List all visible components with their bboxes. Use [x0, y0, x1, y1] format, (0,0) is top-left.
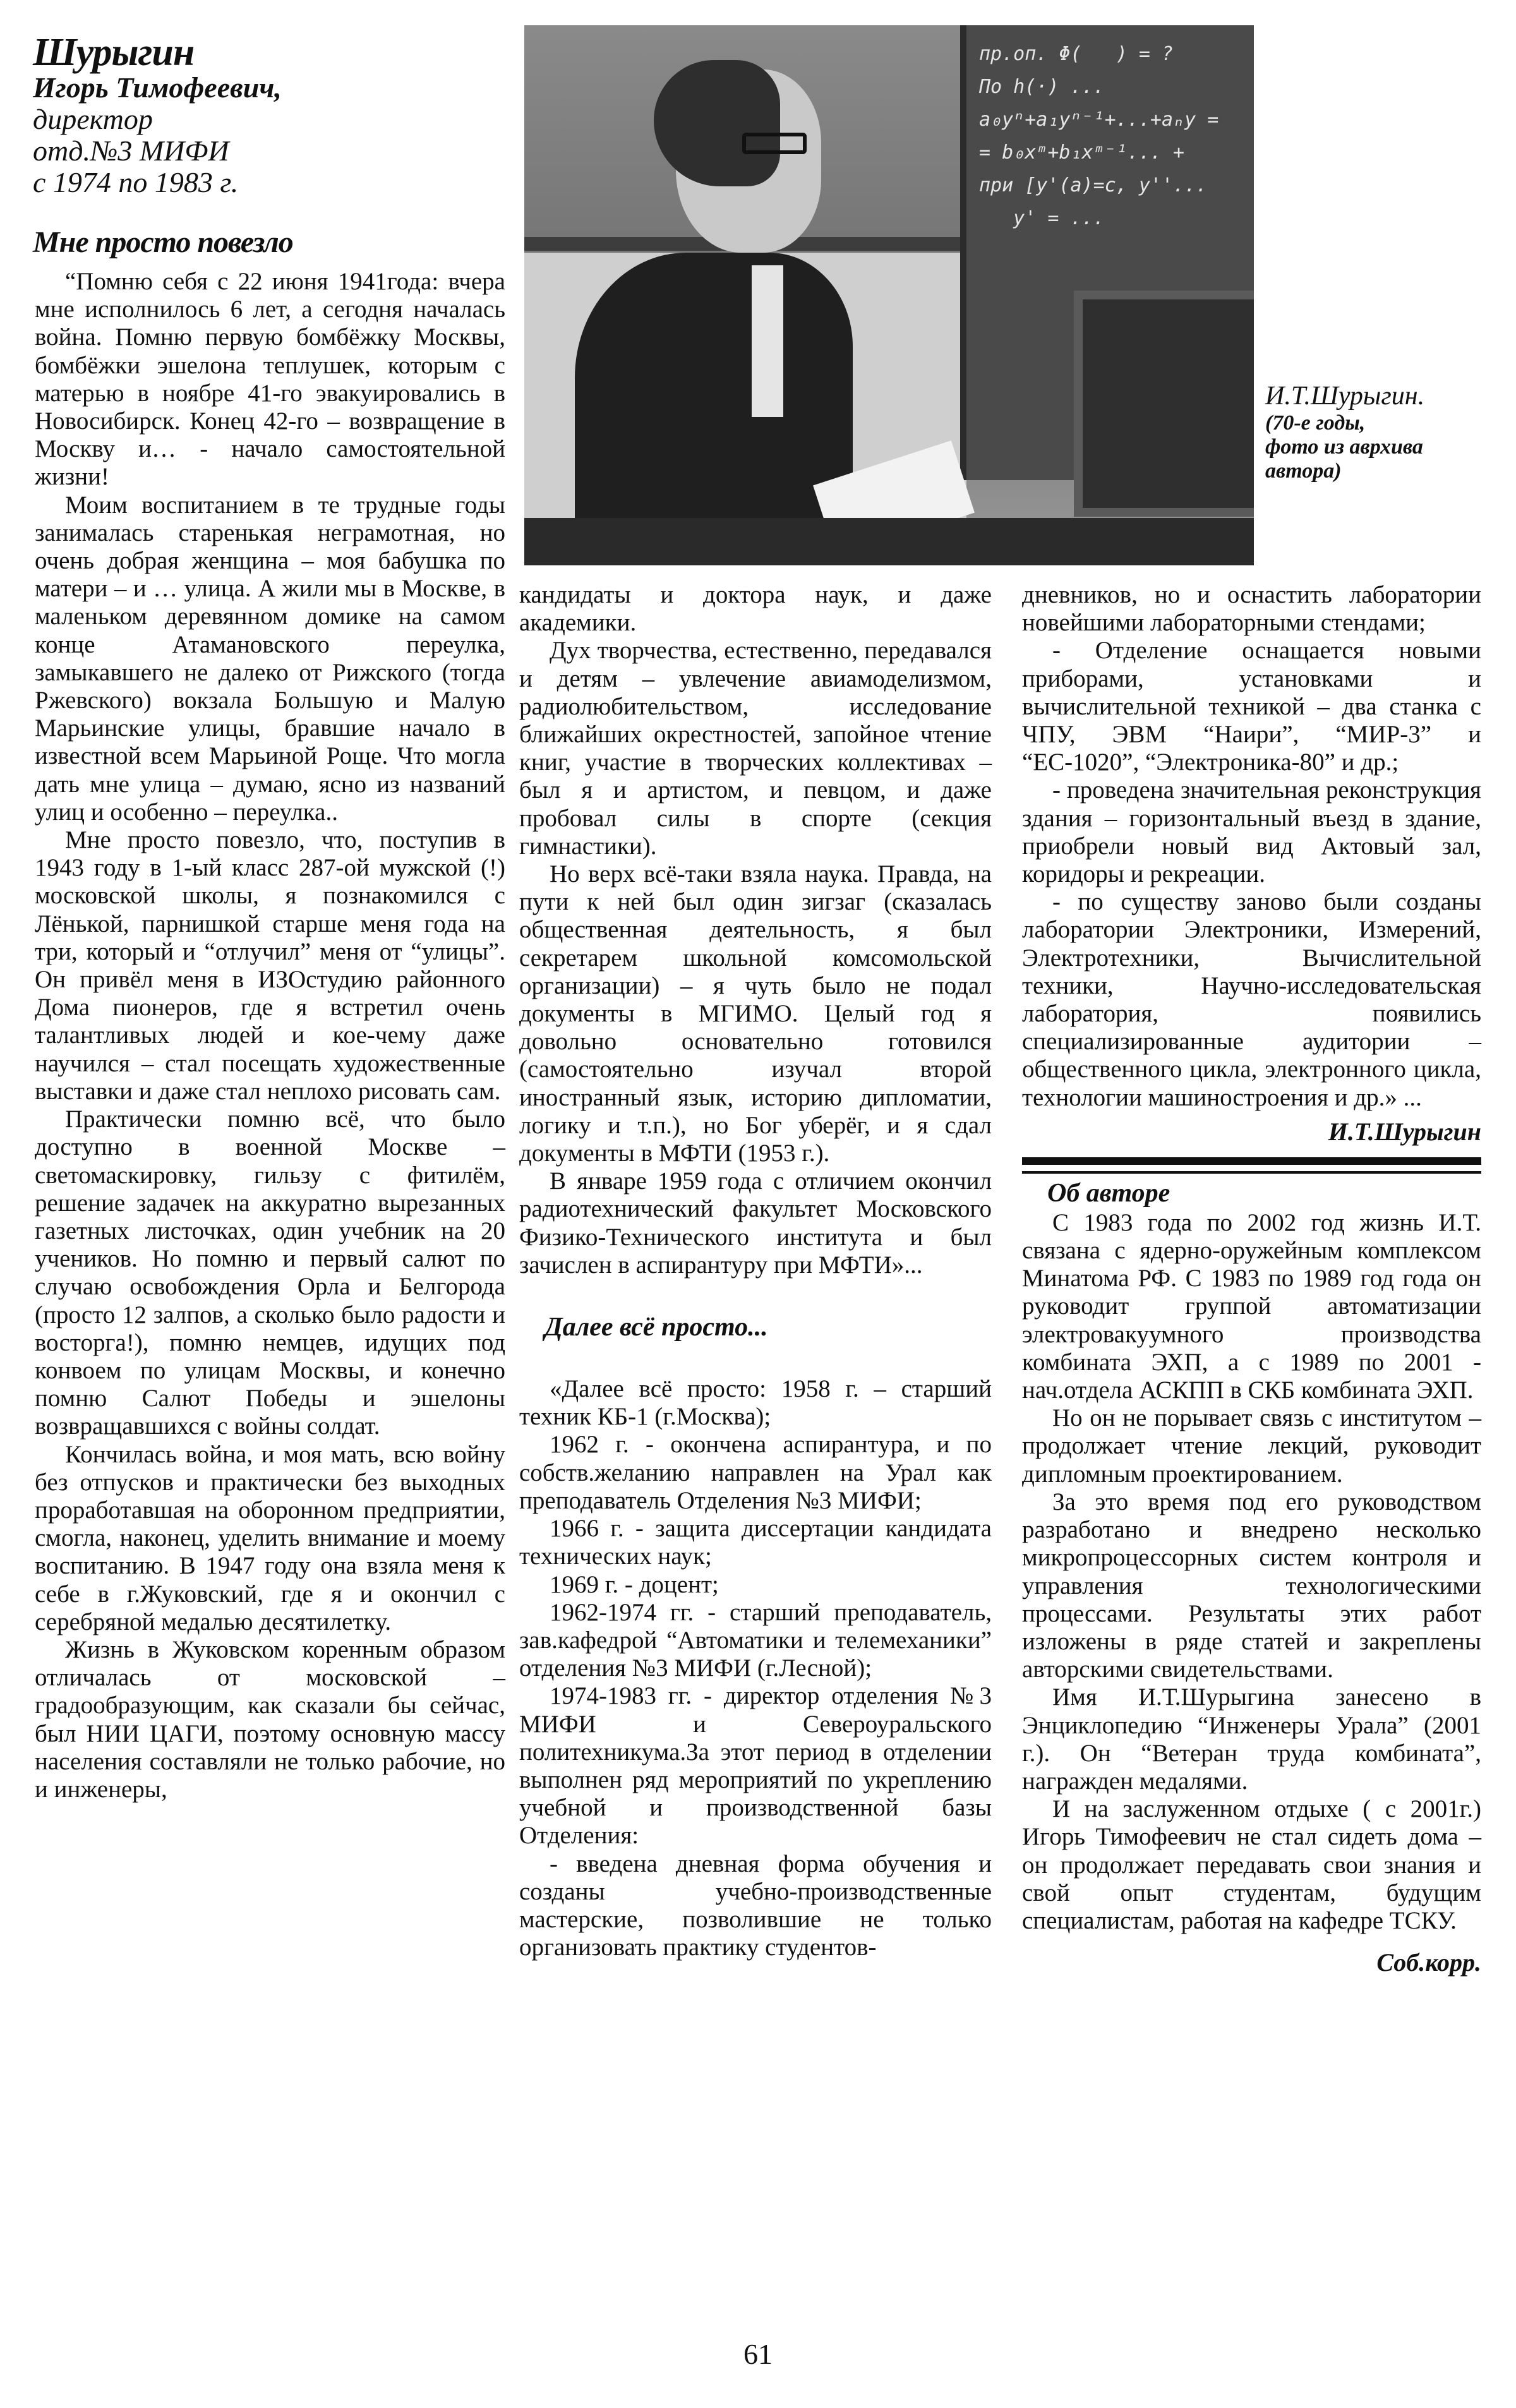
paragraph: кандидаты и доктора наук, и даже академи…	[519, 581, 992, 637]
timeline-item: 1974-1983 гг. - директор отделения №3 МИ…	[519, 1682, 992, 1850]
timeline-item: «Далее всё просто: 1958 г. – старший тех…	[519, 1375, 992, 1431]
portrait-photo: пр.оп. Φ( ) = ? По h(·) ... a₀yⁿ+a₁yⁿ⁻¹+…	[524, 25, 1254, 565]
article-column-1: “Помню себя с 22 июня 1941года: вчера мн…	[35, 268, 505, 1803]
person-given-names: Игорь Тимофеевич,	[33, 72, 513, 104]
about-paragraph: И на заслуженном отдыхе ( с 2001г.) Игор…	[1022, 1795, 1481, 1935]
timeline-item: 1962 г. - окончена аспирантура, и по соб…	[519, 1431, 992, 1515]
timeline-item: 1962-1974 гг. - старший преподаватель, з…	[519, 1599, 992, 1683]
article-header: Шурыгин Игорь Тимофеевич, директор отд.№…	[33, 33, 513, 260]
person-surname: Шурыгин	[33, 33, 513, 72]
subheading: Далее всё просто...	[544, 1312, 992, 1342]
about-paragraph: Но он не порывает связь с институтом – п…	[1022, 1404, 1481, 1488]
paragraph: Моим воспитанием в те трудные годы заним…	[35, 491, 505, 826]
about-paragraph: Имя И.Т.Шурыгина занесено в Энциклопедию…	[1022, 1683, 1481, 1795]
photo-monitor	[1074, 291, 1254, 517]
paragraph: Но верх всё-таки взяла наука. Правда, на…	[519, 860, 992, 1167]
about-paragraph: За это время под его руководством разраб…	[1022, 1488, 1481, 1683]
about-paragraph: С 1983 года по 2002 год жизнь И.Т. связа…	[1022, 1209, 1481, 1404]
photo-desk	[524, 518, 1254, 565]
photo-person-hair	[654, 60, 780, 186]
page-number: 61	[0, 2337, 1516, 2371]
paragraph: - проведена значительная реконструкция з…	[1022, 776, 1481, 888]
caption-name: И.Т.Шурыгин.	[1265, 381, 1505, 411]
timeline-item: - введена дневная форма обучения и созда…	[519, 1850, 992, 1962]
person-role-line: отд.№3 МИФИ	[33, 135, 513, 167]
caption-line: автора)	[1265, 459, 1505, 483]
article-column-3: дневников, но и оснастить лаборатории но…	[1022, 581, 1481, 1979]
divider-thick	[1022, 1157, 1481, 1165]
timeline-item: 1969 г. - доцент;	[519, 1571, 992, 1599]
paragraph: В январе 1959 года с отличием окончил ра…	[519, 1167, 992, 1279]
paragraph: дневников, но и оснастить лаборатории но…	[1022, 581, 1481, 637]
article-signature: И.Т.Шурыгин	[1022, 1116, 1481, 1148]
paragraph: Кончилась война, и моя мать, всю войну б…	[35, 1441, 505, 1636]
paragraph: Мне просто повезло, что, поступив в 1943…	[35, 826, 505, 1105]
photo-glasses	[742, 133, 807, 154]
person-role-line: с 1974 по 1983 г.	[33, 167, 513, 198]
paragraph: Дух творчества, естественно, передавался…	[519, 637, 992, 860]
paragraph: Практически помню всё, что было доступно…	[35, 1105, 505, 1440]
article-column-2: кандидаты и доктора наук, и даже академи…	[519, 581, 992, 1961]
photo-person-shirt	[752, 265, 783, 417]
correspondent-signature: Соб.корр.	[1022, 1946, 1481, 1979]
photo-blackboard-formulas: пр.оп. Φ( ) = ? По h(·) ... a₀yⁿ+a₁yⁿ⁻¹+…	[979, 38, 1244, 235]
caption-line: фото из аврхива	[1265, 435, 1505, 459]
caption-line: (70-е годы,	[1265, 411, 1505, 435]
paragraph: - Отделение оснащается новыми приборами,…	[1022, 637, 1481, 776]
photo-caption: И.Т.Шурыгин. (70-е годы, фото из аврхива…	[1265, 381, 1505, 483]
person-role-line: директор	[33, 104, 513, 135]
paragraph: Жизнь в Жуковском коренным образом отлич…	[35, 1636, 505, 1803]
about-author-title: Об авторе	[1047, 1177, 1481, 1209]
paragraph: “Помню себя с 22 июня 1941года: вчера мн…	[35, 268, 505, 491]
divider-thin	[1022, 1171, 1481, 1174]
paragraph: - по существу заново были созданы лабора…	[1022, 888, 1481, 1112]
timeline-item: 1966 г. - защита диссертации кандидата т…	[519, 1515, 992, 1570]
article-title: Мне просто повезло	[33, 225, 513, 260]
